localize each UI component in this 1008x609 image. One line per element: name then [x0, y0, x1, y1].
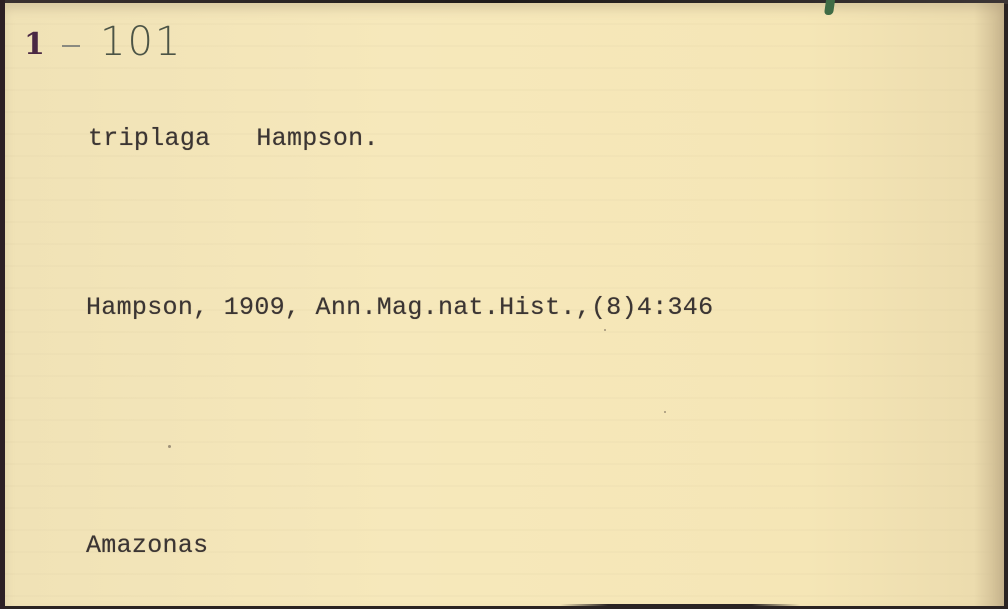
paper-speck: [664, 411, 666, 413]
locality: Amazonas: [86, 531, 208, 560]
reference-citation: Hampson, 1909, Ann.Mag.nat.Hist.,(8)4:34…: [86, 293, 713, 322]
index-card: 1 101 triplaga Hampson. Hampson, 1909, A…: [4, 3, 1004, 606]
paper-speck: [168, 445, 171, 448]
catalog-handwritten-number: 101: [100, 19, 182, 65]
taxon-line: triplaga Hampson.: [88, 124, 379, 153]
species-name: triplaga: [88, 124, 210, 153]
background-bottom-shadow: [560, 604, 800, 609]
background-left-edge: [0, 0, 5, 609]
catalog-stamp-prefix: 1: [24, 27, 45, 62]
catalog-dash: [62, 45, 80, 47]
taxon-author: Hampson.: [256, 124, 378, 153]
paper-speck: [604, 329, 606, 331]
